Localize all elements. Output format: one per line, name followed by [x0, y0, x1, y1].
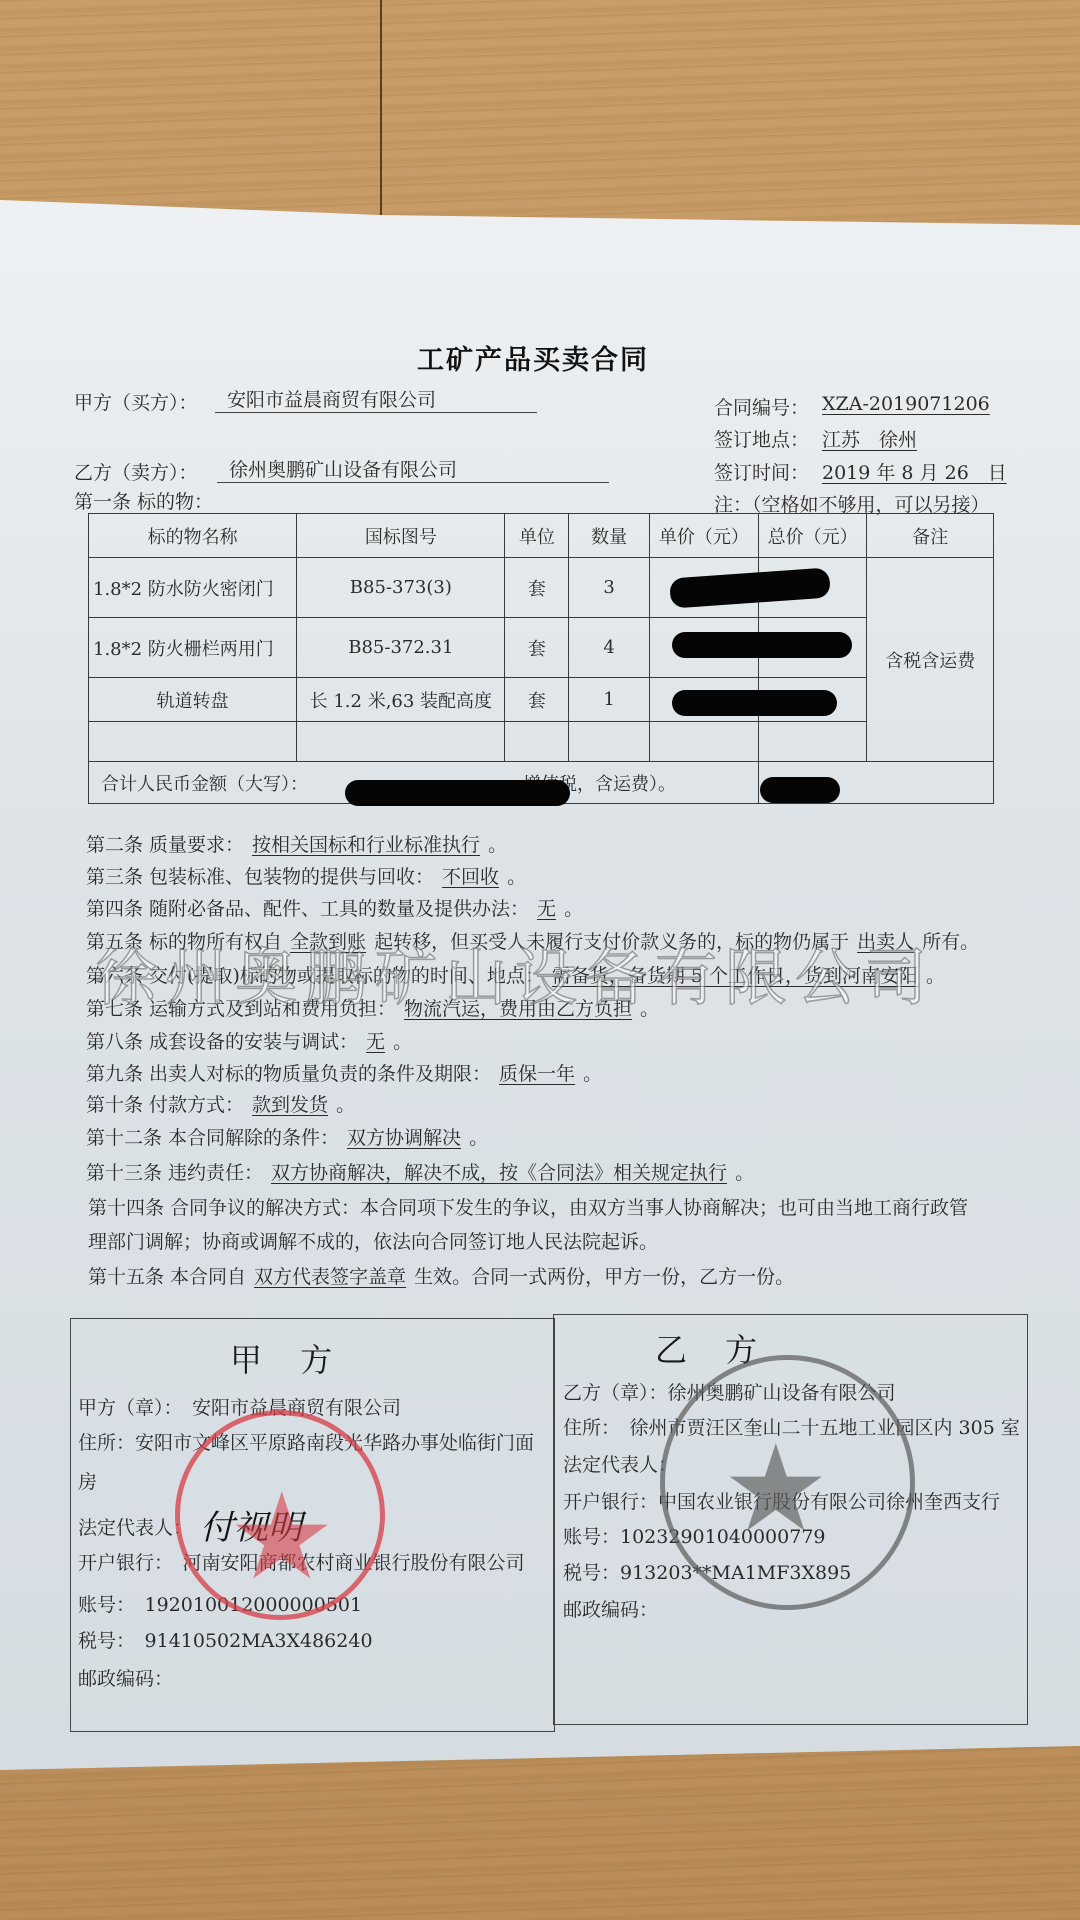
- article-suffix: 。: [564, 898, 583, 920]
- article-label: 第十条 付款方式：: [86, 1094, 244, 1116]
- item-name: 1.8*2 防水防火密闭门: [89, 558, 297, 618]
- article-label: 第四条 随附必备品、配件、工具的数量及提供办法：: [86, 898, 529, 920]
- item-remark: 含税含运费: [867, 558, 994, 762]
- party-a-postcode: 邮政编码：: [78, 1664, 173, 1691]
- article-suffix: 。: [336, 1094, 355, 1116]
- article-value: 无: [358, 1031, 393, 1053]
- article-suffix: 。: [488, 834, 507, 856]
- party-b-name: 徐州奥鹏矿山设备有限公司: [217, 455, 609, 483]
- article-value: 款到发货: [244, 1094, 336, 1116]
- article-15-suffix: 生效。合同一式两份，甲方一份，乙方一份。: [414, 1266, 794, 1288]
- party-a-address-2: 房: [78, 1467, 97, 1494]
- item-code: B85-372.31: [297, 618, 505, 678]
- item-code: B85-373(3): [297, 558, 505, 618]
- article-item: 第九条 出卖人对标的物质量负责的条件及期限：质保一年。: [86, 1059, 602, 1086]
- article-15-value: 双方代表签字盖章: [246, 1266, 414, 1288]
- item-name: 1.8*2 防火栅栏两用门: [89, 618, 297, 678]
- item-name: 轨道转盘: [89, 678, 297, 722]
- article-item: 第三条 包装标准、包装物的提供与回收：不回收。: [86, 862, 526, 889]
- article-1: 第一条 标的物：: [74, 487, 213, 514]
- redaction-mark: [760, 777, 840, 803]
- article-14-line2: 理部门调解；协商或调解不成的，依法向合同签订地人民法院起诉。: [88, 1227, 658, 1254]
- watermark: 徐州奥鹏矿山设备有限公司: [95, 928, 935, 1017]
- article-label: 第二条 质量要求：: [86, 834, 244, 856]
- article-value: 双方协调解决: [339, 1127, 469, 1149]
- article-label: 第九条 出卖人对标的物质量负责的条件及期限：: [86, 1063, 491, 1085]
- article-suffix: 。: [583, 1063, 602, 1085]
- article-suffix: 。: [735, 1162, 754, 1184]
- article-suffix: 。: [507, 866, 526, 888]
- article-value: 无: [529, 898, 564, 920]
- table-row: 1.8*2 防火栅栏两用门 B85-372.31 套 4: [89, 618, 994, 678]
- items-table: 标的物名称 国标图号 单位 数量 单价（元） 总价（元） 备注 1.8*2 防水…: [88, 513, 994, 804]
- table-row: 轨道转盘 长 1.2 米,63 装配高度 套 1: [89, 678, 994, 722]
- party-a-tax-no: 税号： 91410502MA3X486240: [78, 1626, 373, 1653]
- header-name: 标的物名称: [89, 514, 297, 558]
- total-label: 合计人民币金额（大写）：: [101, 774, 308, 795]
- article-item: 第四条 随附必备品、配件、工具的数量及提供办法：无。: [86, 894, 583, 921]
- article-item: 第十条 付款方式：款到发货。: [86, 1090, 355, 1117]
- header-code: 国标图号: [297, 514, 505, 558]
- redaction-mark: [672, 690, 837, 716]
- article-item: 第八条 成套设备的安装与调试：无。: [86, 1027, 412, 1054]
- article-label: 第十三条 违约责任：: [86, 1162, 263, 1184]
- party-a-name: 安阳市益晨商贸有限公司: [215, 385, 537, 413]
- redaction-mark: [672, 632, 852, 658]
- article-label: 第十二条 本合同解除的条件：: [86, 1127, 339, 1149]
- article-value: 双方协商解决，解决不成，按《合同法》相关规定执行: [263, 1162, 735, 1184]
- article-suffix: 。: [469, 1127, 488, 1149]
- stamp-star-icon: ★: [722, 1430, 830, 1550]
- article-item: 第十三条 违约责任：双方协商解决，解决不成，按《合同法》相关规定执行。: [86, 1158, 754, 1185]
- header-unit-price: 单价（元）: [649, 514, 758, 558]
- sign-time: 2019 年 8 月 26 日: [822, 458, 1007, 485]
- header-total: 总价（元）: [758, 514, 867, 558]
- article-item: 第二条 质量要求：按相关国标和行业标准执行。: [86, 830, 507, 857]
- table-seam: [380, 0, 382, 215]
- item-qty: 4: [569, 618, 650, 678]
- party-b-label: 乙方（卖方）：: [74, 458, 198, 485]
- item-unit: 套: [505, 678, 569, 722]
- article-14-line1: 第十四条 合同争议的解决方式：本合同项下发生的争议，由双方当事人协商解决；也可由…: [88, 1193, 968, 1220]
- item-qty: 3: [569, 558, 650, 618]
- article-label: 第三条 包装标准、包装物的提供与回收：: [86, 866, 434, 888]
- article-15-prefix: 第十五条 本合同自: [88, 1266, 246, 1288]
- document-title: 工矿产品买卖合同: [417, 338, 649, 377]
- party-a-seal-line: 甲方（章）： 安阳市益晨商贸有限公司: [78, 1393, 401, 1420]
- item-qty: 1: [569, 678, 650, 722]
- article-item: 第十二条 本合同解除的条件：双方协调解决。: [86, 1123, 488, 1150]
- sign-place: 江苏 徐州: [822, 425, 917, 452]
- redaction-mark: [345, 780, 570, 806]
- table-header-row: 标的物名称 国标图号 单位 数量 单价（元） 总价（元） 备注: [89, 514, 994, 558]
- article-value: 按相关国标和行业标准执行: [244, 834, 488, 856]
- article-value: 质保一年: [491, 1063, 583, 1085]
- table-row: 1.8*2 防水防火密闭门 B85-373(3) 套 3 含税含运费: [89, 558, 994, 618]
- table-row-empty: [89, 722, 994, 762]
- party-a-title: 甲 方: [230, 1335, 346, 1381]
- header-remark: 备注: [867, 514, 994, 558]
- sign-time-label: 签订时间：: [714, 458, 809, 485]
- article-value: 不回收: [434, 866, 507, 888]
- stamp-star-icon: ★: [228, 1478, 336, 1598]
- party-a-label: 甲方（买方）：: [74, 388, 198, 415]
- article-15: 第十五条 本合同自双方代表签字盖章生效。合同一式两份，甲方一份，乙方一份。: [88, 1262, 794, 1289]
- header-qty: 数量: [569, 514, 650, 558]
- article-suffix: 。: [393, 1031, 412, 1053]
- contract-no-label: 合同编号：: [714, 393, 809, 420]
- article-label: 第八条 成套设备的安装与调试：: [86, 1031, 358, 1053]
- party-b-postcode: 邮政编码：: [563, 1595, 658, 1622]
- item-unit: 套: [505, 618, 569, 678]
- contract-no: XZA-2019071206: [822, 393, 990, 415]
- header-unit: 单位: [505, 514, 569, 558]
- sign-place-label: 签订地点：: [714, 425, 809, 452]
- item-unit: 套: [505, 558, 569, 618]
- item-code: 长 1.2 米,63 装配高度: [297, 678, 505, 722]
